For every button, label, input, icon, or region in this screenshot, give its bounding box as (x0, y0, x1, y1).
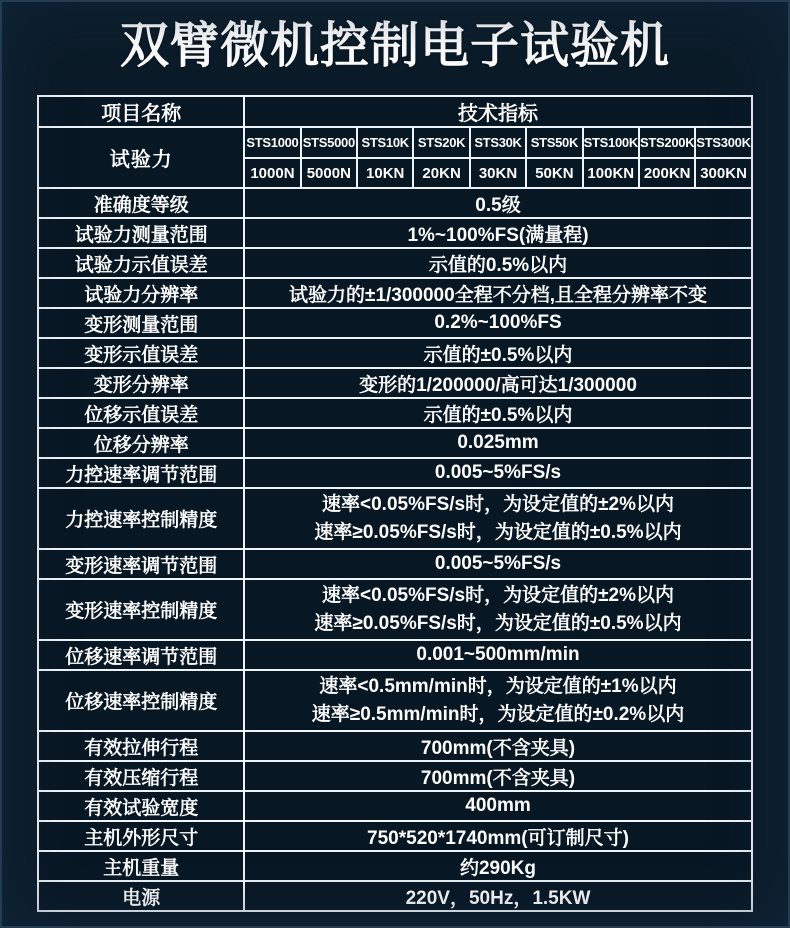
table-row: 变形速率控制精度 速率<0.05%FS/s时，为设定值的±2%以内 速率≥0.0… (38, 579, 752, 640)
spec-value: 示值的0.5%以内 (244, 248, 752, 278)
model-cell: STS30K (470, 127, 526, 158)
table-row: 位移速率调节范围 0.001~500mm/min (38, 640, 752, 670)
spec-value: 速率<0.05%FS/s时，为设定值的±2%以内 速率≥0.05%FS/s时，为… (244, 579, 752, 640)
model-cell: STS5000 (301, 127, 357, 158)
spec-label: 力控速率控制精度 (38, 488, 244, 549)
spec-value-line: 速率<0.05%FS/s时，为设定值的±2%以内 (245, 582, 751, 610)
spec-value-line: 速率≥0.5mm/min时，为设定值的±0.2%以内 (245, 701, 751, 729)
capacity-cell: 50KN (526, 158, 582, 188)
table-row: 力控速率调节范围 0.005~5%FS/s (38, 458, 752, 488)
spec-value: 750*520*1740mm(可订制尺寸) (244, 821, 752, 851)
spec-value: 1%~100%FS(满量程) (244, 218, 752, 248)
spec-value-line: 速率≥0.05%FS/s时，为设定值的±0.5%以内 (245, 610, 751, 638)
spec-label: 有效压缩行程 (38, 761, 244, 791)
spec-value: 0.005~5%FS/s (244, 549, 752, 579)
spec-label: 位移速率调节范围 (38, 640, 244, 670)
spec-label: 有效拉伸行程 (38, 731, 244, 761)
table-row: 主机重量 约290Kg (38, 851, 752, 881)
spec-value: 400mm (244, 791, 752, 821)
capacity-cell: 10KN (357, 158, 413, 188)
spec-value: 0.005~5%FS/s (244, 458, 752, 488)
table-row: 变形示值误差 示值的±0.5%以内 (38, 338, 752, 368)
spec-label: 准确度等级 (38, 188, 244, 218)
spec-value: 示值的±0.5%以内 (244, 338, 752, 368)
spec-label: 变形示值误差 (38, 338, 244, 368)
table-row: 位移示值误差 示值的±0.5%以内 (38, 398, 752, 428)
spec-label: 位移速率控制精度 (38, 670, 244, 731)
model-cell: STS200K (639, 127, 695, 158)
capacity-cell: 100KN (583, 158, 639, 188)
table-row: 变形速率调节范围 0.005~5%FS/s (38, 549, 752, 579)
table-row: 变形分辨率 变形的1/200000/高可达1/300000 (38, 368, 752, 398)
spec-value: 700mm(不含夹具) (244, 761, 752, 791)
table-row: 电源 220V，50Hz，1.5KW (38, 881, 752, 911)
model-cell: STS1000 (244, 127, 300, 158)
spec-label: 主机重量 (38, 851, 244, 881)
capacity-cell: 200KN (639, 158, 695, 188)
capacity-cell: 20KN (413, 158, 469, 188)
spec-label: 变形测量范围 (38, 308, 244, 338)
table-row: 试验力示值误差 示值的0.5%以内 (38, 248, 752, 278)
spec-label: 主机外形尺寸 (38, 821, 244, 851)
spec-value: 700mm(不含夹具) (244, 731, 752, 761)
spec-label: 电源 (38, 881, 244, 911)
model-cell: STS50K (526, 127, 582, 158)
page-title: 双臂微机控制电子试验机 (0, 0, 790, 95)
spec-label-test-force: 试验力 (38, 127, 244, 188)
model-cell: STS20K (413, 127, 469, 158)
table-row: 试验力测量范围 1%~100%FS(满量程) (38, 218, 752, 248)
table-row: 有效试验宽度 400mm (38, 791, 752, 821)
table-row: 有效拉伸行程 700mm(不含夹具) (38, 731, 752, 761)
spec-label: 位移示值误差 (38, 398, 244, 428)
table-row: 准确度等级 0.5级 (38, 188, 752, 218)
header-spec-col: 技术指标 (244, 96, 752, 127)
spec-value: 约290Kg (244, 851, 752, 881)
spec-value: 变形的1/200000/高可达1/300000 (244, 368, 752, 398)
table-row: 主机外形尺寸 750*520*1740mm(可订制尺寸) (38, 821, 752, 851)
spec-value: 220V，50Hz，1.5KW (244, 881, 752, 911)
spec-label: 位移分辨率 (38, 428, 244, 458)
spec-value: 0.5级 (244, 188, 752, 218)
spec-value: 速率<0.5mm/min时，为设定值的±1%以内 速率≥0.5mm/min时，为… (244, 670, 752, 731)
spec-value: 0.025mm (244, 428, 752, 458)
capacity-cell: 1000N (244, 158, 300, 188)
table-row: 试验力分辨率 试验力的±1/300000全程不分档,且全程分辨率不变 (38, 278, 752, 308)
table-row: 位移分辨率 0.025mm (38, 428, 752, 458)
spec-value-line: 速率<0.5mm/min时，为设定值的±1%以内 (245, 673, 751, 701)
model-cell: STS100K (583, 127, 639, 158)
model-cell: STS10K (357, 127, 413, 158)
table-row: 有效压缩行程 700mm(不含夹具) (38, 761, 752, 791)
header-name-col: 项目名称 (38, 96, 244, 127)
spec-label: 变形速率调节范围 (38, 549, 244, 579)
spec-table: 项目名称 技术指标 试验力 STS1000 STS5000 STS10K STS… (37, 95, 753, 912)
spec-label: 试验力测量范围 (38, 218, 244, 248)
spec-label: 试验力分辨率 (38, 278, 244, 308)
spec-value: 速率<0.05%FS/s时，为设定值的±2%以内 速率≥0.05%FS/s时，为… (244, 488, 752, 549)
spec-label: 有效试验宽度 (38, 791, 244, 821)
spec-label: 力控速率调节范围 (38, 458, 244, 488)
model-cell: STS300K (695, 127, 751, 158)
capacity-cell: 300KN (695, 158, 751, 188)
spec-value: 0.001~500mm/min (244, 640, 752, 670)
test-force-model-row: 试验力 STS1000 STS5000 STS10K STS20K STS30K… (38, 127, 752, 158)
table-row: 变形测量范围 0.2%~100%FS (38, 308, 752, 338)
spec-label: 变形分辨率 (38, 368, 244, 398)
spec-value: 示值的±0.5%以内 (244, 398, 752, 428)
table-header-row: 项目名称 技术指标 (38, 96, 752, 127)
capacity-cell: 30KN (470, 158, 526, 188)
table-row: 位移速率控制精度 速率<0.5mm/min时，为设定值的±1%以内 速率≥0.5… (38, 670, 752, 731)
capacity-cell: 5000N (301, 158, 357, 188)
spec-value-line: 速率<0.05%FS/s时，为设定值的±2%以内 (245, 491, 751, 519)
spec-label: 试验力示值误差 (38, 248, 244, 278)
spec-value-line: 速率≥0.05%FS/s时，为设定值的±0.5%以内 (245, 519, 751, 547)
spec-value: 0.2%~100%FS (244, 308, 752, 338)
spec-value: 试验力的±1/300000全程不分档,且全程分辨率不变 (244, 278, 752, 308)
spec-label: 变形速率控制精度 (38, 579, 244, 640)
table-row: 力控速率控制精度 速率<0.05%FS/s时，为设定值的±2%以内 速率≥0.0… (38, 488, 752, 549)
